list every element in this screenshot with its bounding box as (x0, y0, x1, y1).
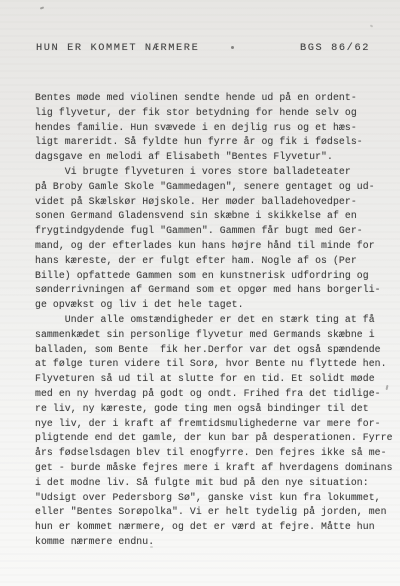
document-reference-number: BGS 86/62 (300, 42, 370, 54)
page-header: HUN ER KOMMET NÆRMERE BGS 86/62 (36, 42, 370, 54)
scanned-document-page: HUN ER KOMMET NÆRMERE BGS 86/62 Bentes m… (0, 0, 400, 586)
ink-speck (370, 24, 374, 27)
document-title: HUN ER KOMMET NÆRMERE (36, 42, 199, 54)
ink-speck (40, 6, 44, 9)
document-body-text: Bentes møde med violinen sendte hende ud… (35, 91, 395, 550)
